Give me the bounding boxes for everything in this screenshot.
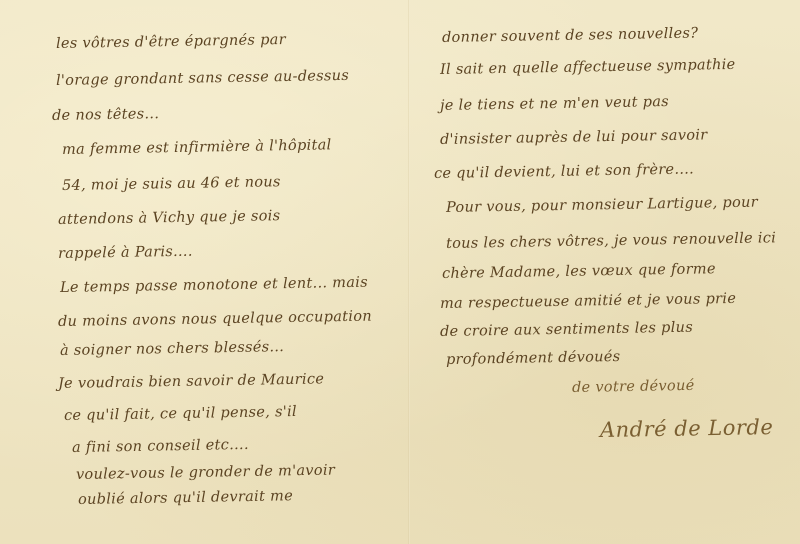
letter-line: Le temps passe monotone et lent... mais [60, 275, 368, 296]
letter-line: du moins avons nous quelque occupation [58, 309, 372, 330]
left-page: les vôtres d'être épargnés par l'orage g… [0, 0, 405, 544]
letter-line: donner souvent de ses nouvelles? [442, 26, 699, 46]
letter-line: de nos têtes... [52, 106, 159, 124]
letter-line: ce qu'il fait, ce qu'il pense, s'il [64, 404, 297, 424]
letter-line: ma respectueuse amitié et je vous prie [440, 291, 736, 312]
letter-line: oublié alors qu'il devrait me [78, 488, 293, 508]
letter-line: à soigner nos chers blessés... [60, 339, 284, 359]
letter-line: de croire aux sentiments les plus [440, 320, 693, 340]
letter-sheet: les vôtres d'être épargnés par l'orage g… [0, 0, 800, 544]
letter-line: ce qu'il devient, lui et son frère.... [434, 161, 694, 182]
letter-line: voulez-vous le gronder de m'avoir [76, 462, 335, 483]
signature: André de Lorde [600, 415, 774, 442]
closing-line: de votre dévoué [572, 378, 695, 396]
letter-line: a fini son conseil etc.... [72, 437, 249, 456]
letter-line: 54, moi je suis au 46 et nous [62, 174, 281, 194]
letter-line: je le tiens et ne m'en veut pas [440, 94, 669, 114]
letter-line: rappelé à Paris.... [58, 244, 193, 262]
right-page: donner souvent de ses nouvelles? Il sait… [410, 0, 800, 544]
letter-line: attendons à Vichy que je sois [58, 208, 281, 228]
letter-line: d'insister auprès de lui pour savoir [440, 127, 708, 148]
letter-line: profondément dévoués [446, 349, 621, 368]
letter-line: Il sait en quelle affectueuse sympathie [440, 57, 736, 78]
letter-line: chère Madame, les vœux que forme [442, 261, 716, 282]
letter-line: tous les chers vôtres, je vous renouvell… [446, 230, 776, 252]
letter-line: Je voudrais bien savoir de Maurice [58, 371, 324, 392]
letter-line: ma femme est infirmière à l'hôpital [62, 137, 332, 158]
letter-line: les vôtres d'être épargnés par [56, 32, 286, 52]
letter-line: l'orage grondant sans cesse au-dessus [56, 68, 349, 89]
letter-line: Pour vous, pour monsieur Lartigue, pour [446, 195, 758, 216]
